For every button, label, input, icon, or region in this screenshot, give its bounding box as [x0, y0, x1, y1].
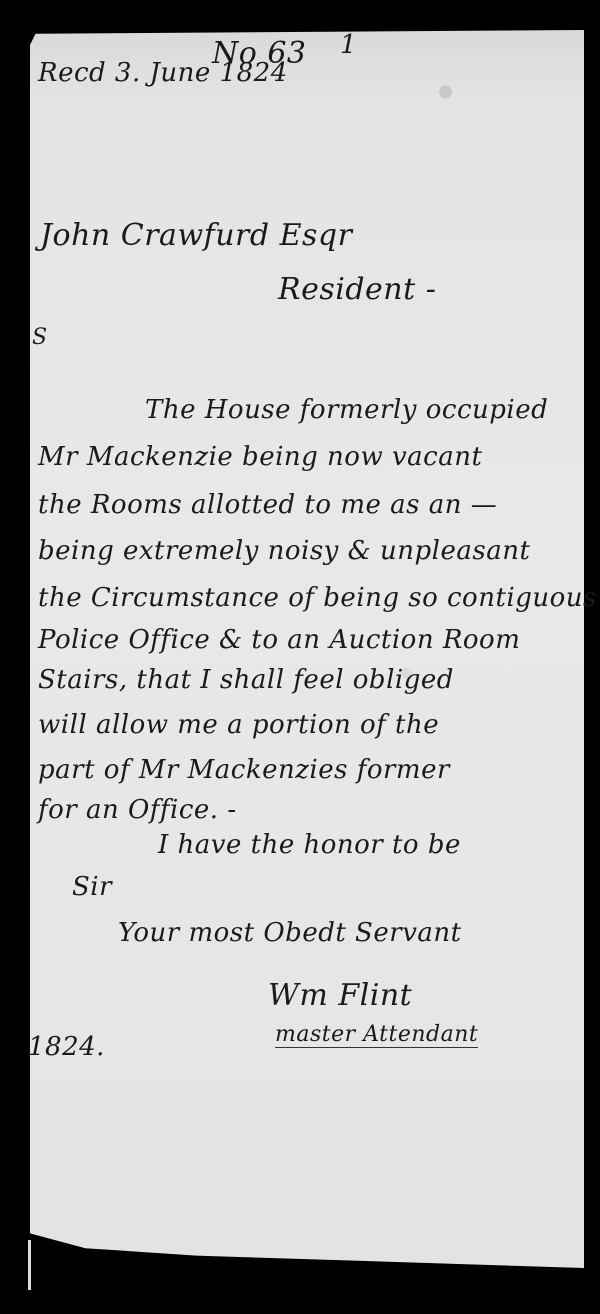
- body-line: The House formerly occupied: [145, 395, 548, 425]
- paper-tear: [28, 1240, 31, 1290]
- body-line: being extremely noisy & unpleasant: [38, 536, 530, 566]
- body-line: the Circumstance of being so contiguous: [38, 583, 597, 613]
- folio-mark: 1: [340, 30, 357, 60]
- addressee-title: Resident -: [278, 272, 436, 307]
- body-line: Stairs, that I shall feel obliged: [38, 665, 454, 695]
- margin-date: 1824.: [28, 1032, 105, 1062]
- body-line: for an Office. -: [38, 795, 237, 825]
- addressee-name: John Crawfurd Esqr: [40, 218, 352, 253]
- body-line: Police Office & to an Auction Room: [38, 625, 520, 655]
- salutation: Sir: [72, 872, 112, 902]
- closing-line: I have the honor to be: [158, 830, 461, 860]
- body-line: the Rooms allotted to me as an —: [38, 490, 497, 520]
- document-number: No 63: [212, 36, 307, 71]
- body-line: part of Mr Mackenzies former: [38, 755, 450, 785]
- margin-mark: S: [32, 325, 48, 350]
- body-line: Mr Mackenzie being now vacant: [38, 442, 482, 472]
- body-line: will allow me a portion of the: [38, 710, 439, 740]
- signature-title: master Attendant: [275, 1022, 478, 1048]
- closing-servant-line: Your most Obedt Servant: [118, 918, 462, 948]
- signature: Wm Flint: [268, 978, 412, 1013]
